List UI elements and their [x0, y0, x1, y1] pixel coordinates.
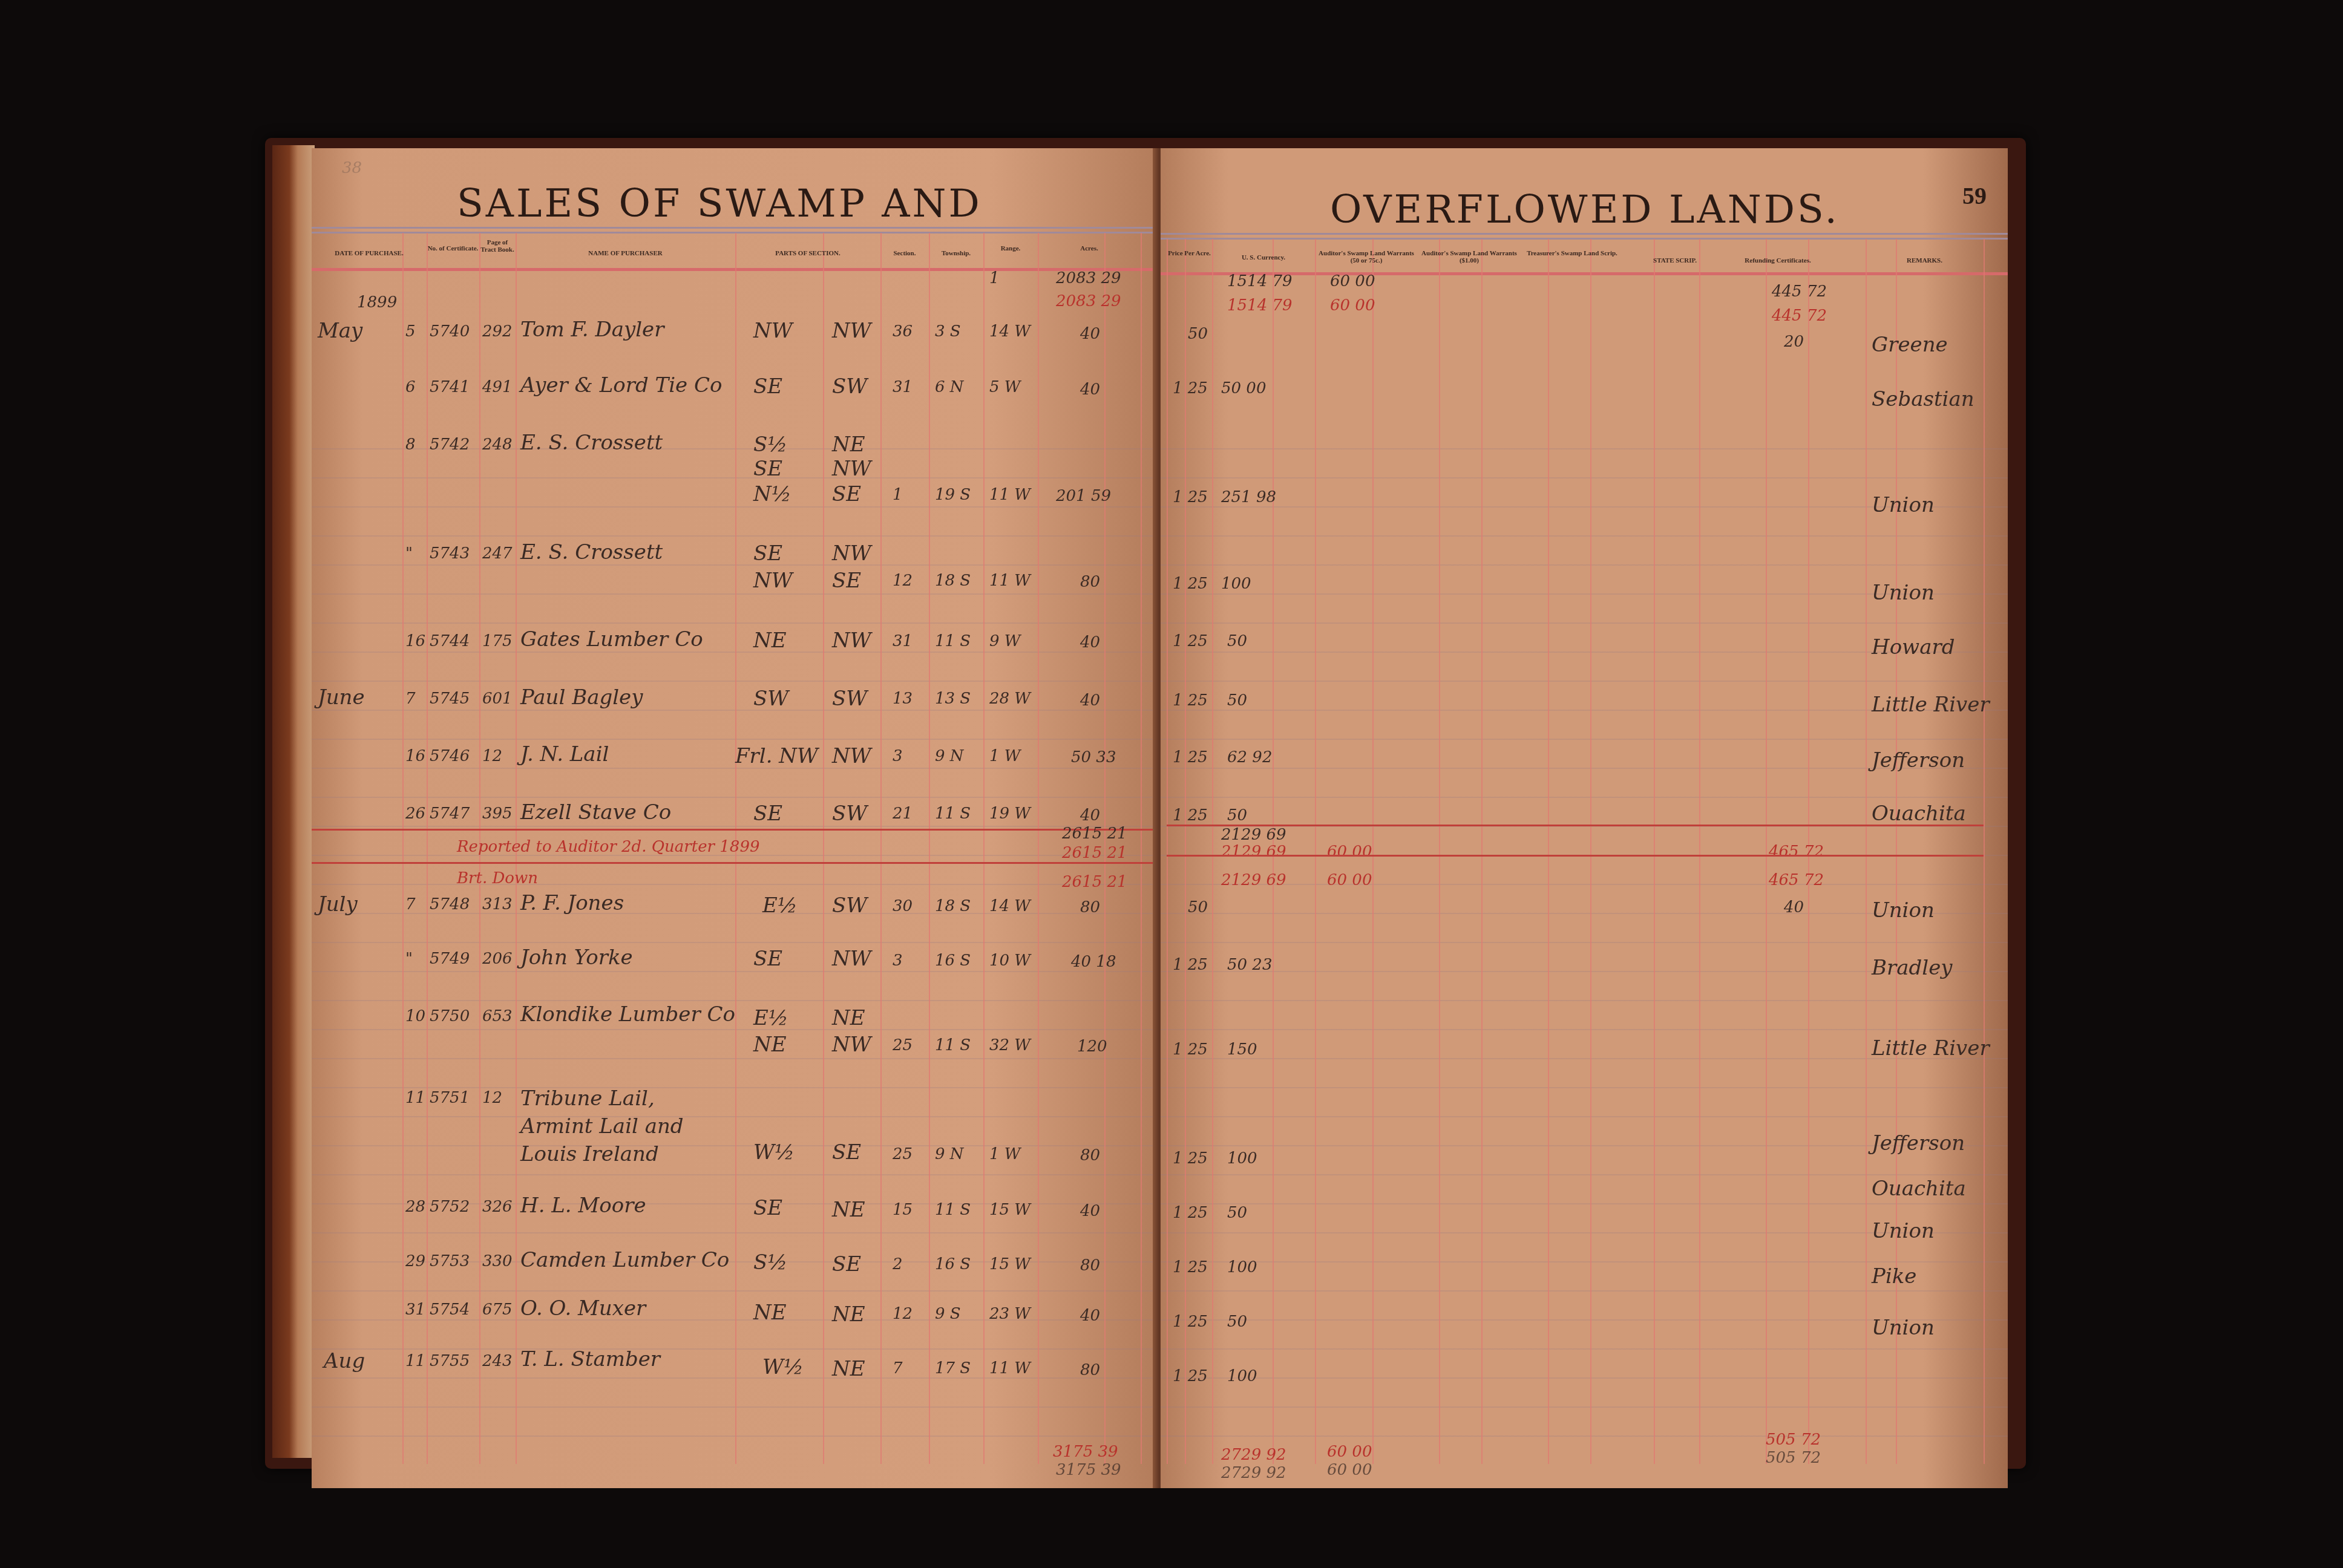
- col-section: Section.: [880, 250, 929, 257]
- col-date: DATE OF PURCHASE.: [312, 250, 427, 257]
- col-purchaser: NAME OF PURCHASER: [516, 250, 735, 257]
- quarter-report-note: Reported to Auditor 2d. Quarter 1899: [457, 838, 759, 856]
- left-page: 38 SALES OF SWAMP AND DATE OF PURCHASE. …: [312, 148, 1159, 1488]
- col-township: Township.: [929, 250, 983, 257]
- col-range: Range.: [983, 245, 1038, 252]
- col-price: Price Per Acre.: [1167, 250, 1212, 257]
- col-refunding: Refunding Certificates.: [1726, 257, 1829, 264]
- col-tract-page: Page of Tract Book.: [479, 239, 516, 253]
- col-certificate: No. of Certificate.: [427, 245, 479, 252]
- year: 1899: [357, 293, 397, 312]
- total-acres-pencil: 3175 39: [1056, 1461, 1121, 1479]
- page-title-left: SALES OF SWAMP AND: [457, 181, 982, 226]
- acres-carried-pencil: 2083 29: [1056, 269, 1121, 287]
- book-spine-edge: [272, 145, 315, 1458]
- col-state-scrip: STATE SCRIP.: [1624, 257, 1726, 264]
- page-number: 59: [1962, 181, 1987, 210]
- acres-carried-red: 2083 29: [1056, 292, 1121, 310]
- corner-mark: 38: [342, 159, 362, 177]
- col-treasurer-scrip: Treasurer's Swamp Land Scrip.: [1521, 250, 1624, 257]
- remarks-county: Greene: [1872, 333, 1948, 357]
- brought-down-label: Brt. Down: [457, 869, 538, 887]
- right-page: OVERFLOWED LANDS. 59 Price Per Acre. U. …: [1161, 148, 2008, 1488]
- total-refunding-red: 505 72: [1766, 1431, 1821, 1449]
- col-acres: Acres.: [1038, 245, 1141, 252]
- col-currency: U. S. Currency.: [1212, 254, 1315, 261]
- page-title-right: OVERFLOWED LANDS.: [1330, 188, 1840, 232]
- col-remarks: REMARKS.: [1866, 257, 1984, 264]
- col-warrants-50-75: Auditor's Swamp Land Warrants (50 or 75c…: [1315, 250, 1418, 264]
- total-warrants-red: 60 00: [1327, 1443, 1372, 1461]
- total-currency-red: 2729 92: [1221, 1446, 1286, 1464]
- col-parts: PARTS OF SECTION.: [735, 250, 880, 257]
- total-acres-red: 3175 39: [1053, 1443, 1118, 1461]
- col-warrants-100: Auditor's Swamp Land Warrants ($1.00): [1418, 250, 1521, 264]
